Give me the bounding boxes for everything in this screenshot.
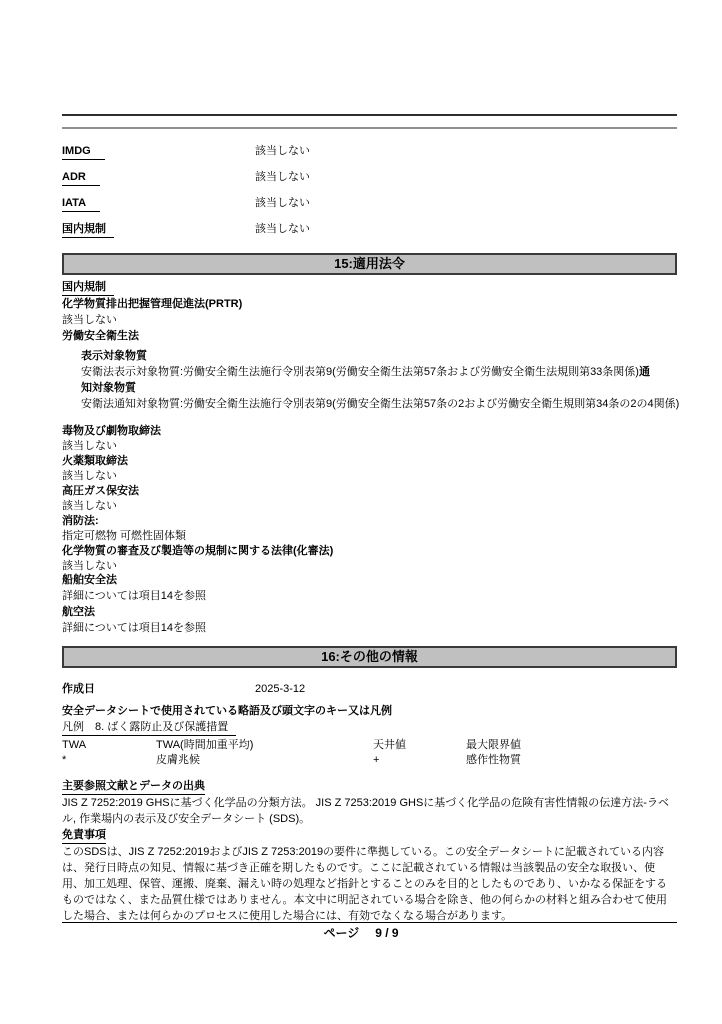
page-number-footer: ページ9 / 9: [0, 925, 722, 941]
header-rule-bottom: [62, 127, 677, 129]
transport-value: 該当しない: [255, 143, 310, 159]
prtr-law-status: 該当しない: [62, 312, 677, 328]
creation-date-label: 作成日: [62, 681, 255, 697]
page-label: ページ: [323, 926, 359, 940]
legend-definition: 感作性物質: [466, 753, 677, 768]
sds-document-page: { "colors": { "section_bar_bg": "#c0c0c0…: [0, 0, 722, 1024]
transport-value: 該当しない: [255, 169, 310, 185]
poison-law-status: 該当しない: [62, 439, 677, 454]
section-15-domestic-block: 国内規制 化学物質排出把握管理促進法(PRTR) 該当しない 労働安全衛生法 表…: [62, 279, 677, 412]
references-heading-line: 主要参照文献とデータの出典: [62, 778, 677, 795]
abbreviations-subheading-line: 凡例 8. ばく露防止及び保護措置: [62, 719, 677, 736]
section-16-title: 16:その他の情報: [321, 649, 418, 664]
industrial-safety-law-details: 表示対象物質 安衛法表示対象物質:労働安全衛生法施行令別表第9(労働安全衛生法第…: [81, 348, 677, 412]
disclaimer-text: このSDSは、JIS Z 7252:2019およびJIS Z 7253:2019…: [62, 844, 677, 924]
legend-abbr: 天井値: [373, 738, 466, 753]
legend-definition: 最大限界値: [466, 738, 677, 753]
chemical-substances-law-name: 化学物質の審査及び製造等の規制に関する法律(化審法): [62, 544, 677, 559]
references-disclaimer-block: 主要参照文献とデータの出典 JIS Z 7252:2019 GHSに基づく化学品…: [62, 778, 677, 924]
disclaimer-heading: 免責事項: [62, 827, 106, 844]
references-text: JIS Z 7252:2019 GHSに基づく化学品の分類方法。 JIS Z 7…: [62, 795, 677, 827]
transport-row-iata: IATA該当しない: [62, 195, 677, 221]
high-pressure-gas-law-name: 高圧ガス保安法: [62, 484, 677, 499]
page-number: 9 / 9: [375, 926, 398, 940]
legend-definition: TWA(時間加重平均): [156, 738, 373, 753]
transport-row-imdg: IMDG該当しない: [62, 143, 677, 169]
abbreviations-subheading: 凡例 8. ばく露防止及び保護措置: [62, 719, 236, 736]
explosives-law-name: 火薬類取締法: [62, 454, 677, 469]
section-15-ship-aviation-block: 船舶安全法 詳細については項目14を参照 航空法 詳細については項目14を参照: [62, 572, 677, 636]
explosives-law-status: 該当しない: [62, 469, 677, 484]
header-rule-top: [62, 114, 677, 116]
notification-substances-heading: 知対象物質: [81, 380, 677, 396]
legend-row: * 皮膚兆候 + 感作性物質: [62, 753, 677, 768]
industrial-safety-law-name: 労働安全衛生法: [62, 328, 677, 344]
ship-safety-law-name: 船舶安全法: [62, 572, 677, 588]
section-15-header-bar: 15:適用法令: [62, 253, 677, 275]
ship-safety-law-status: 詳細については項目14を参照: [62, 588, 677, 604]
creation-date-row: 作成日2025-3-12: [62, 681, 677, 697]
fire-service-law-name: 消防法:: [62, 514, 677, 529]
abbreviations-block: 安全データシートで使用されている略語及び頭文字のキー又は凡例 凡例 8. ばく露…: [62, 703, 677, 768]
legend-row: TWA TWA(時間加重平均) 天井値 最大限界値: [62, 738, 677, 753]
references-heading: 主要参照文献とデータの出典: [62, 778, 205, 795]
transport-regulations-list: IMDG該当しない ADR該当しない IATA該当しない 国内規制該当しない: [62, 143, 677, 247]
poison-law-name: 毒物及び劇物取締法: [62, 424, 677, 439]
section-15-laws-block: 毒物及び劇物取締法 該当しない 火薬類取締法 該当しない 高圧ガス保安法 該当し…: [62, 424, 677, 574]
section-15-title: 15:適用法令: [334, 256, 405, 271]
legend-abbr: *: [62, 753, 156, 768]
footer-rule: [62, 922, 677, 923]
aviation-law-name: 航空法: [62, 604, 677, 620]
transport-label: 国内規制: [62, 221, 255, 238]
transport-label: IMDG: [62, 143, 255, 160]
high-pressure-gas-law-status: 該当しない: [62, 499, 677, 514]
creation-date-value: 2025-3-12: [255, 681, 305, 697]
section-16-header-bar: 16:その他の情報: [62, 646, 677, 668]
transport-label: IATA: [62, 195, 255, 212]
transport-value: 該当しない: [255, 195, 310, 211]
labeling-substances-text: 安衛法表示対象物質:労働安全衛生法施行令別表第9(労働安全衛生法第57条および労…: [81, 364, 677, 380]
transport-row-domestic: 国内規制該当しない: [62, 221, 677, 247]
wrapped-bold-char: 通: [639, 366, 650, 378]
labeling-substances-heading: 表示対象物質: [81, 348, 677, 364]
transport-label: ADR: [62, 169, 255, 186]
notification-substances-text: 安衛法通知対象物質:労働安全衛生法施行令別表第9(労働安全衛生法第57条の2およ…: [81, 396, 677, 412]
transport-row-adr: ADR該当しない: [62, 169, 677, 195]
disclaimer-heading-line: 免責事項: [62, 827, 677, 844]
prtr-law-name: 化学物質排出把握管理促進法(PRTR): [62, 296, 677, 312]
legend-abbr: TWA: [62, 738, 156, 753]
legend-abbr: +: [373, 753, 466, 768]
domestic-regulation-heading: 国内規制: [62, 279, 114, 296]
aviation-law-status: 詳細については項目14を参照: [62, 620, 677, 636]
transport-value: 該当しない: [255, 221, 310, 237]
abbreviations-heading: 安全データシートで使用されている略語及び頭文字のキー又は凡例: [62, 703, 677, 719]
fire-service-law-status: 指定可燃物 可燃性固体類: [62, 529, 677, 544]
legend-definition: 皮膚兆候: [156, 753, 373, 768]
